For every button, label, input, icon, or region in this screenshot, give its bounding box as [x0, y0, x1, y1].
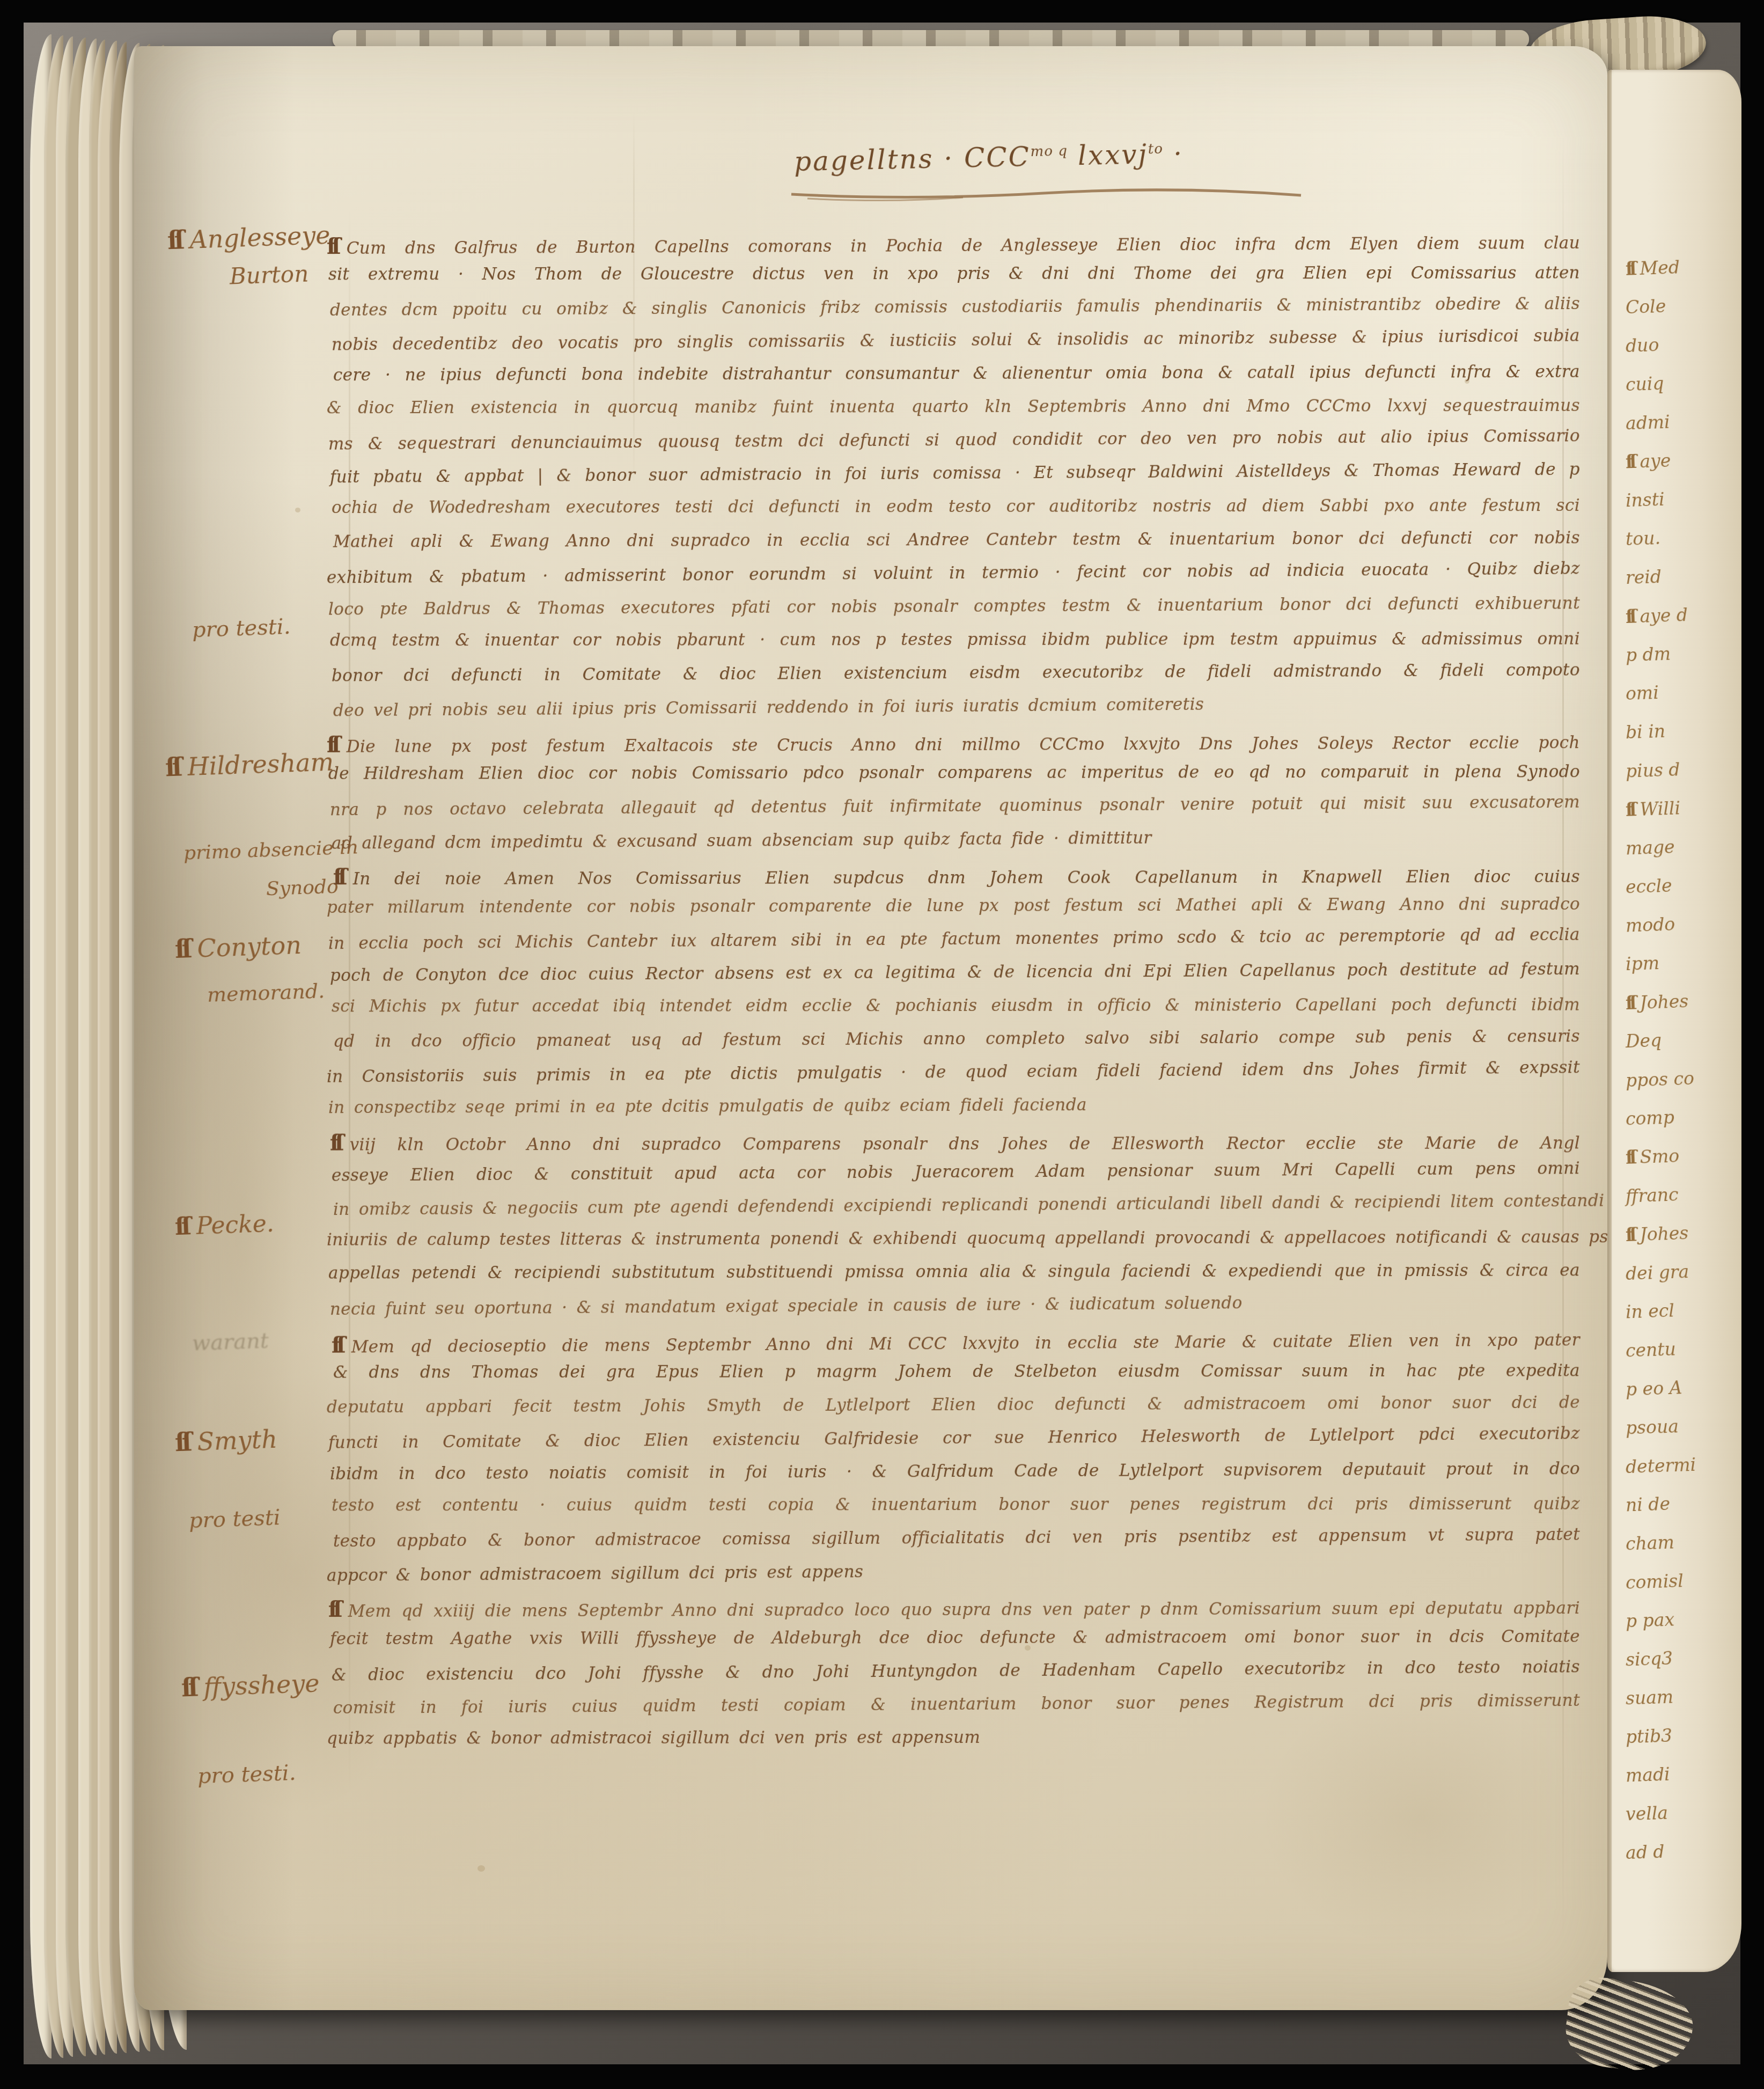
paragraph-mark-icon: ſſ	[174, 1427, 189, 1457]
next-leaf-text-fragment: cham	[1625, 1531, 1674, 1554]
next-leaf-text-fragment: p eo A	[1625, 1377, 1682, 1400]
margin-note-label: memorand.	[207, 979, 325, 1007]
margin-note: ſſffyssheye	[181, 1669, 320, 1703]
fragment-text: sicq3	[1625, 1647, 1673, 1670]
next-leaf-text-fragment: cuiq	[1625, 373, 1664, 395]
next-leaf-text-fragment: p pax	[1625, 1609, 1674, 1631]
paragraph-mark-icon: ſſ	[167, 225, 181, 255]
margin-note-label: Burton	[229, 260, 309, 289]
fragment-text: admi	[1625, 412, 1670, 434]
manuscript-text-line: sit extremu · Nos Thom de Gloucestre dic…	[328, 263, 1580, 298]
fragment-text: Med	[1640, 256, 1680, 279]
manuscript-text-line: ibidm in dco testo noiatis comisit in fo…	[330, 1459, 1580, 1498]
manuscript-text-line: iniuriis de calump testes litteras & ins…	[327, 1227, 1580, 1263]
fragment-text: eccle	[1625, 875, 1672, 898]
fragment-text: reid	[1625, 566, 1662, 588]
fragment-text: in ecl	[1625, 1300, 1674, 1322]
line-text: appcor & bonor admistracoem sigillum dci…	[327, 1562, 864, 1585]
manuscript-text-line: appellas petendi & recipiendi substitutu…	[328, 1260, 1580, 1296]
line-text: viij kln Octobr Anno dni supradco Compar…	[350, 1133, 1580, 1154]
next-leaf-text-fragment: eccle	[1625, 875, 1672, 898]
fragment-text: p pax	[1625, 1609, 1674, 1631]
fragment-text: mage	[1625, 836, 1675, 859]
fragment-text: Willi	[1640, 797, 1681, 820]
manuscript-text-line: ſſCum dns Galfrus de Burton Capellns com…	[327, 228, 1580, 267]
fragment-text: modo	[1625, 913, 1675, 936]
manuscript-text-line: testo est contentu · cuius quidm testi c…	[332, 1494, 1580, 1529]
next-leaf-text-fragment: sicq3	[1625, 1647, 1673, 1670]
folio-superscript: to	[1148, 141, 1164, 158]
fragment-text: aye	[1640, 450, 1671, 472]
manuscript-text-line: dcmq testm & inuentar cor nobis pbarunt …	[330, 629, 1580, 664]
manuscript-text-line: poch de Conyton dce dioc cuius Rector ab…	[330, 959, 1580, 999]
line-text: Cum dns Galfrus de Burton Capellns comor…	[347, 233, 1580, 258]
fragment-text: ad d	[1625, 1841, 1665, 1864]
fragment-text: madi	[1625, 1764, 1670, 1786]
paragraph-mark-icon: ſſ	[1625, 451, 1634, 472]
margin-note: ſſSmyth	[174, 1425, 278, 1457]
next-leaf-text-fragment: tou.	[1625, 527, 1660, 549]
margin-note-label: ffyssheye	[203, 1669, 320, 1702]
next-leaf-text-fragment: madi	[1625, 1764, 1670, 1786]
next-leaf-text-fragment: Cole	[1625, 296, 1666, 318]
fragment-text: duo	[1625, 334, 1659, 356]
line-text: cere · ne ipius defuncti bona indebite d…	[333, 362, 1580, 385]
fragment-text: p dm	[1625, 643, 1671, 666]
paragraph-mark-icon: ſſ	[332, 1332, 342, 1358]
next-leaf-text-fragment: ffranc	[1625, 1184, 1679, 1206]
margin-note: Burton	[229, 260, 309, 289]
next-leaf-text-fragment: ad d	[1625, 1841, 1665, 1864]
line-text: & dns dns Thomas dei gra Epus Elien p ma…	[333, 1361, 1580, 1382]
fragment-text: cham	[1625, 1531, 1674, 1554]
line-text: dcmq testm & inuentar cor nobis pbarunt …	[330, 629, 1580, 650]
line-text: de Hildresham Elien dioc cor nobis Comis…	[328, 762, 1580, 783]
next-leaf-text-fragment: vella	[1625, 1802, 1668, 1825]
next-leaf-text-fragment: ſſJohes	[1625, 1222, 1689, 1245]
fragment-text: p eo A	[1625, 1377, 1682, 1400]
next-leaf-text-fragment: dei gra	[1625, 1261, 1689, 1284]
line-text: & dioc Elien existencia in quorcuq manib…	[327, 396, 1580, 417]
paragraph-mark-icon: ſſ	[1625, 258, 1634, 279]
fragment-text: aye d	[1640, 604, 1688, 627]
manuscript-text-line: ſſMem qd decioseptio die mens Septembr A…	[332, 1325, 1580, 1365]
line-text: iniuriis de calump testes litteras & ins…	[327, 1227, 1607, 1250]
next-leaf-text-fragment: in ecl	[1625, 1300, 1674, 1322]
margin-note: memorand.	[207, 979, 325, 1007]
fragment-text: determi	[1625, 1454, 1696, 1478]
fragment-text: Deq	[1625, 1030, 1662, 1052]
next-leaf-text-fragment: reid	[1625, 566, 1662, 588]
paragraph-mark-icon: ſſ	[327, 732, 337, 758]
line-text: Mathei apli & Ewang Anno dni supradco in…	[333, 528, 1580, 551]
fragment-text: ipm	[1625, 952, 1659, 974]
next-leaf-text-fragment: p dm	[1625, 643, 1671, 666]
next-leaf-text-fragment: insti	[1625, 489, 1665, 511]
line-text: in conspectibz seqe primi in ea pte dcit…	[328, 1095, 1087, 1117]
paragraph-mark-icon: ſſ	[330, 1130, 340, 1156]
next-leaf-text-fragment: Deq	[1625, 1030, 1662, 1052]
entry-text-block: ſſCum dns Galfrus de Burton Capellns com…	[330, 231, 1580, 1761]
manuscript-text-line: pater millarum intendente cor nobis pson…	[327, 895, 1580, 931]
fragment-text: ni de	[1625, 1493, 1670, 1516]
manuscript-text-line: ſſIn dei noie Amen Nos Comissarius Elien…	[333, 862, 1580, 897]
manuscript-text-line: ſſMem qd xxiiij die mens Septembr Anno d…	[328, 1593, 1580, 1630]
next-leaf-text-fragment: comisl	[1625, 1570, 1684, 1593]
margin-note-label: pro testi	[188, 1505, 281, 1533]
line-text: necia fuint seu oportuna · & si mandatum…	[330, 1293, 1243, 1319]
line-text: testo est contentu · cuius quidm testi c…	[332, 1494, 1580, 1515]
margin-note: pro testi	[188, 1505, 281, 1533]
next-leaf-text-fragment: suam	[1625, 1686, 1673, 1709]
paragraph-mark-icon: ſſ	[327, 233, 337, 259]
manuscript-text-line: ſſDie lune px post festum Exaltacois ste…	[327, 728, 1580, 765]
next-leaf-text-fragment: ipm	[1625, 952, 1659, 974]
next-leaf-text-fragment: ptib3	[1625, 1725, 1672, 1747]
paragraph-mark-icon: ſſ	[174, 934, 189, 964]
line-text: dentes dcm ppoitu cu omibz & singlis Can…	[330, 294, 1580, 320]
paragraph-mark-icon: ſſ	[165, 753, 179, 782]
line-text: sci Michis px futur accedat ibiq intende…	[332, 995, 1580, 1016]
fragment-text: ppos co	[1625, 1068, 1694, 1091]
line-text: bonor dci defuncti in Comitate & dioc El…	[332, 661, 1580, 686]
fragment-text: ptib3	[1625, 1725, 1672, 1747]
line-text: In dei noie Amen Nos Comissarius Elien s…	[353, 867, 1580, 889]
heading-underline-flourish	[786, 181, 1312, 203]
top-leaf-edges	[333, 30, 1529, 48]
next-leaf-text-fragment: mage	[1625, 836, 1675, 859]
fragment-text: omi	[1625, 682, 1659, 704]
folio-superscript: mo q	[1030, 143, 1068, 160]
paragraph-mark-icon: ſſ	[1625, 993, 1634, 1014]
manuscript-text-line: fuit pbatu & appbat | & bonor suor admis…	[330, 460, 1580, 501]
manuscript-text-line: ochia de Wodedresham executores testi dc…	[332, 496, 1580, 531]
margin-note: ſſHildresham	[165, 747, 334, 782]
next-leaf-text-fragment: ppos co	[1625, 1068, 1694, 1091]
paragraph-mark-icon: ſſ	[1625, 1147, 1634, 1168]
next-leaf-fore-edge: ſſMedColeduocuiqadmiſſayeinstitou.reidſſ…	[1607, 70, 1741, 1972]
fragment-text: comp	[1625, 1106, 1674, 1129]
manuscript-text-line: quibz appbatis & bonor admistracoi sigil…	[327, 1727, 1580, 1762]
next-leaf-text-fragment: ſſaye	[1625, 450, 1671, 473]
manuscript-text-line: & dioc Elien existencia in quorcuq manib…	[327, 396, 1580, 431]
fragment-text: Johes	[1640, 991, 1689, 1013]
next-leaf-text-fragment: psoua	[1625, 1416, 1679, 1438]
next-leaf-text-fragment: duo	[1625, 334, 1659, 356]
line-text: Mem qd decioseptio die mens Septembr Ann…	[351, 1330, 1580, 1357]
line-text: sit extremu · Nos Thom de Gloucestre dic…	[328, 263, 1580, 284]
paragraph-mark-icon: ſſ	[328, 1596, 339, 1622]
fragment-text: vella	[1625, 1802, 1668, 1825]
margin-note: warant	[192, 1329, 269, 1356]
fragment-text: Johes	[1640, 1222, 1689, 1245]
line-text: deputatu appbari fecit testm Johis Smyth…	[327, 1393, 1580, 1417]
margin-note: ſſPecke.	[174, 1210, 275, 1241]
next-leaf-text-fragment: admi	[1625, 412, 1670, 434]
manuscript-text-line: comisit in foi iuris cuius quidm testi c…	[333, 1691, 1580, 1732]
fragment-text: bi in	[1625, 721, 1665, 743]
next-leaf-text-fragment: pius d	[1625, 759, 1680, 782]
folio-number-heading: pagelltns · CCCmo q lxxvjto ·	[794, 135, 1320, 178]
manuscript-text-line: de Hildresham Elien dioc cor nobis Comis…	[328, 762, 1580, 797]
margin-note: Synodo	[266, 876, 339, 900]
manuscript-photo: pagelltns · CCCmo q lxxvjto · ſſAnglesse…	[0, 0, 1764, 2089]
paragraph-mark-icon: ſſ	[1625, 1225, 1634, 1245]
paragraph-mark-icon: ſſ	[333, 864, 343, 890]
gutter-shadow	[134, 46, 295, 2010]
fragment-text: cuiq	[1625, 373, 1664, 395]
fox-spot	[477, 1865, 485, 1872]
manuscript-text-line: loco pte Baldrus & Thomas executores pfa…	[328, 593, 1580, 633]
margin-note: pro testi.	[197, 1761, 296, 1789]
margin-note-label: Synodo	[266, 876, 339, 900]
line-text: quibz appbatis & bonor admistracoi sigil…	[327, 1728, 980, 1748]
manuscript-text-line: in conspectibz seqe primi in ea pte dcit…	[328, 1094, 1580, 1132]
manuscript-text-line: fecit testm Agathe vxis Willi ffyssheye …	[330, 1627, 1580, 1662]
fragment-text: tou.	[1625, 527, 1660, 549]
parchment-page: pagelltns · CCCmo q lxxvjto · ſſAnglesse…	[134, 46, 1607, 2010]
manuscript-text-line: ſſviij kln Octobr Anno dni supradco Comp…	[330, 1128, 1580, 1163]
fragment-text: psoua	[1625, 1416, 1679, 1438]
margin-note: ſſAnglesseye	[167, 221, 330, 255]
fragment-text: insti	[1625, 489, 1665, 511]
margin-note-label: Smyth	[197, 1425, 278, 1456]
paragraph-mark-icon: ſſ	[181, 1673, 195, 1703]
line-text: pater millarum intendente cor nobis pson…	[327, 895, 1580, 917]
line-text: fecit testm Agathe vxis Willi ffyssheye …	[330, 1627, 1580, 1648]
paragraph-mark-icon: ſſ	[1625, 606, 1634, 627]
fragment-text: Cole	[1625, 296, 1666, 318]
line-text: appellas petendi & recipiendi substitutu…	[328, 1260, 1580, 1282]
next-leaf-text-fragment: ſſWilli	[1625, 797, 1680, 820]
line-text: ochia de Wodedresham executores testi dc…	[332, 496, 1580, 517]
line-text: qd in dco officio pmaneat usq ad festum …	[333, 1027, 1580, 1051]
next-leaf-text-fragment: ſſaye d	[1625, 604, 1688, 627]
fragment-text: centu	[1625, 1338, 1676, 1361]
next-leaf-text-fragment: omi	[1625, 682, 1659, 704]
line-text: Die lune px post festum Exaltacois ste C…	[347, 733, 1580, 757]
fragment-text: ffranc	[1625, 1184, 1679, 1206]
next-leaf-text-fragment: ſſJohes	[1625, 991, 1689, 1014]
margin-note-label: Hildresham	[187, 747, 334, 781]
paragraph-mark-icon: ſſ	[174, 1213, 188, 1241]
next-leaf-text-fragment: determi	[1625, 1454, 1696, 1478]
fragment-text: comisl	[1625, 1570, 1684, 1593]
next-leaf-text-fragment: ni de	[1625, 1493, 1670, 1516]
fox-spot	[295, 508, 300, 512]
margin-note-label: Anglesseye	[189, 221, 331, 254]
next-leaf-text-fragment: comp	[1625, 1106, 1674, 1129]
manuscript-text-line: & dns dns Thomas dei gra Epus Elien p ma…	[333, 1361, 1580, 1396]
margin-note-label: warant	[192, 1329, 269, 1356]
line-text: Mem qd xxiiij die mens Septembr Anno dni…	[348, 1599, 1580, 1621]
fragment-text: dei gra	[1625, 1261, 1689, 1284]
next-leaf-text-fragment: ſſMed	[1625, 256, 1680, 279]
margin-note: ſſConyton	[174, 930, 302, 964]
next-leaf-text-fragment: ſſSmo	[1625, 1145, 1679, 1168]
margin-note-label: pro testi.	[192, 614, 291, 642]
fragment-text: Smo	[1640, 1145, 1680, 1168]
paragraph-mark-icon: ſſ	[1625, 799, 1634, 820]
fragment-text: suam	[1625, 1686, 1673, 1709]
manuscript-text-line: cere · ne ipius defuncti bona indebite d…	[333, 362, 1580, 399]
margin-note: pro testi.	[192, 614, 291, 642]
fragment-text: pius d	[1625, 759, 1680, 782]
margin-note-label: Pecke.	[196, 1210, 275, 1240]
manuscript-text-line: sci Michis px futur accedat ibiq intende…	[332, 995, 1580, 1030]
next-leaf-text-fragment: bi in	[1625, 721, 1665, 743]
margin-note-label: pro testi.	[197, 1761, 296, 1789]
margin-note-label: Conyton	[197, 930, 302, 963]
next-leaf-text-fragment: centu	[1625, 1338, 1676, 1361]
next-leaf-text-fragment: modo	[1625, 913, 1675, 936]
